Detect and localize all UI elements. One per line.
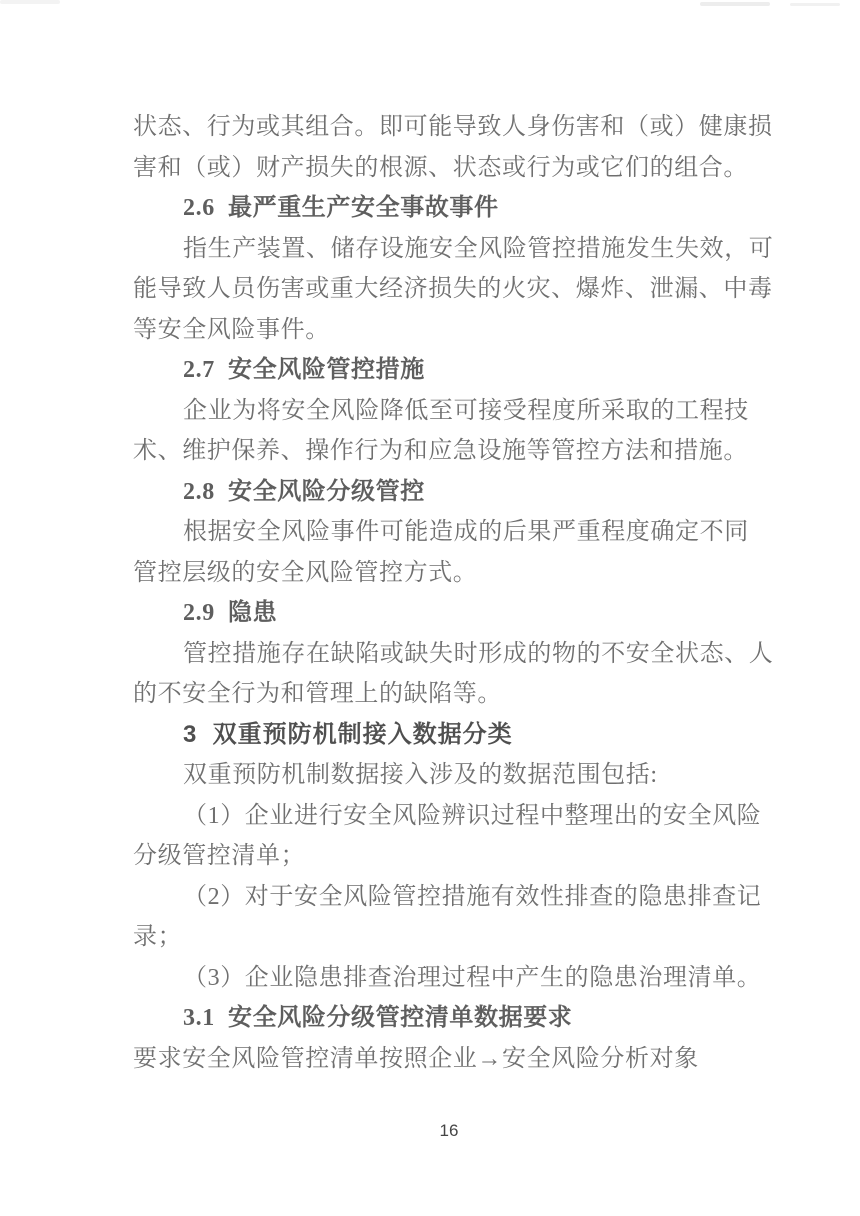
scan-edge-artifact xyxy=(700,2,770,6)
sub-heading: 3.1 安全风险分级管控清单数据要求 xyxy=(133,998,773,1039)
page-number: 16 xyxy=(440,1121,459,1141)
text-line: 要求安全风险管控清单按照企业→安全风险分析对象 xyxy=(133,1039,773,1080)
text-line: 录； xyxy=(133,917,773,958)
text-line: （1）企业进行安全风险辨识过程中整理出的安全风险 xyxy=(133,796,773,837)
text-line: 指生产装置、储存设施安全风险管控措施发生失效，可 xyxy=(133,229,773,270)
sub-heading: 2.7 安全风险管控措施 xyxy=(133,350,773,391)
sub-heading: 2.8 安全风险分级管控 xyxy=(133,472,773,513)
scan-edge-artifact xyxy=(0,0,60,4)
text-line: 的不安全行为和管理上的缺陷等。 xyxy=(133,674,773,715)
text-line: 术、维护保养、操作行为和应急设施等管控方法和措施。 xyxy=(133,431,773,472)
text-line: 管控措施存在缺陷或缺失时形成的物的不安全状态、人 xyxy=(133,634,773,675)
text-line: 等安全风险事件。 xyxy=(133,310,773,351)
document-page: 状态、行为或其组合。即可能导致人身伤害和（或）健康损害和（或）财产损失的根源、状… xyxy=(0,0,860,1216)
text-line: 状态、行为或其组合。即可能导致人身伤害和（或）健康损 xyxy=(133,107,773,148)
text-line: 管控层级的安全风险管控方式。 xyxy=(133,553,773,594)
scan-edge-artifact xyxy=(790,3,840,6)
page-body-text: 状态、行为或其组合。即可能导致人身伤害和（或）健康损害和（或）财产损失的根源、状… xyxy=(133,107,773,1079)
sub-heading: 2.6 最严重生产安全事故事件 xyxy=(133,188,773,229)
text-line: 害和（或）财产损失的根源、状态或行为或它们的组合。 xyxy=(133,148,773,189)
text-line: （3）企业隐患排查治理过程中产生的隐患治理清单。 xyxy=(133,958,773,999)
text-line: 能导致人员伤害或重大经济损失的火灾、爆炸、泄漏、中毒 xyxy=(133,269,773,310)
text-line: （2）对于安全风险管控措施有效性排查的隐患排查记 xyxy=(133,877,773,918)
text-line: 企业为将安全风险降低至可接受程度所采取的工程技 xyxy=(133,391,773,432)
text-line: 根据安全风险事件可能造成的后果严重程度确定不同 xyxy=(133,512,773,553)
text-line: 双重预防机制数据接入涉及的数据范围包括: xyxy=(133,755,773,796)
text-line: 分级管控清单； xyxy=(133,836,773,877)
section-heading: 3 双重预防机制接入数据分类 xyxy=(133,715,773,756)
sub-heading: 2.9 隐患 xyxy=(133,593,773,634)
